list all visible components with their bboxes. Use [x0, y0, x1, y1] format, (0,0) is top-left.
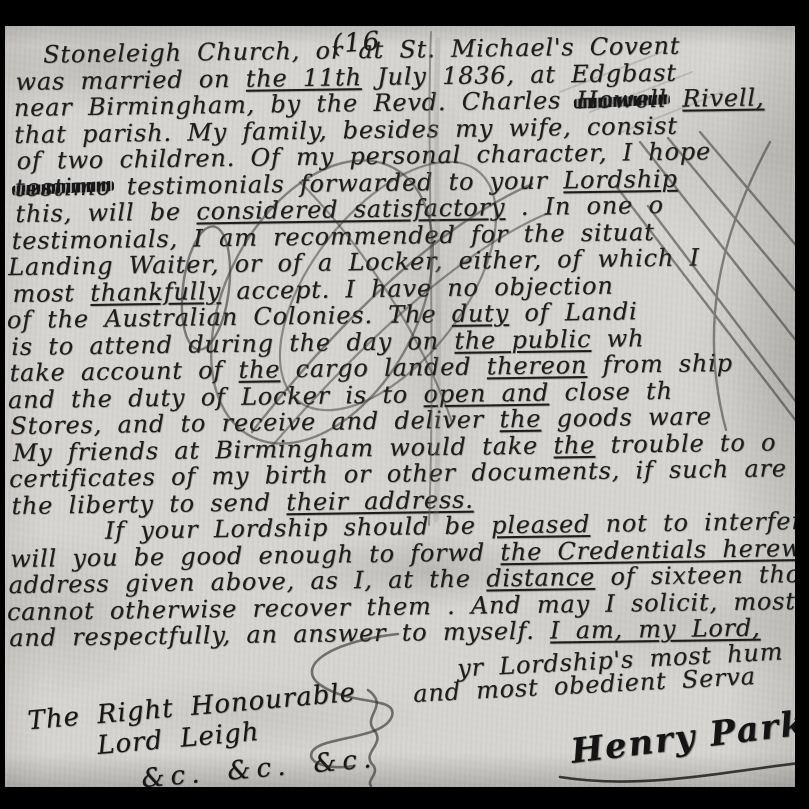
manuscript-text: thankfully [90, 277, 221, 307]
signature-henry-parkes: Henry Parkes. [569, 696, 795, 772]
manuscript-text: goods ware [541, 402, 712, 432]
manuscript-text: the [238, 355, 280, 384]
manuscript-text: Lordship [563, 164, 678, 194]
manuscript-text: most [12, 278, 90, 307]
manuscript-text: open and [423, 378, 549, 408]
manuscript-text: . In one o [505, 191, 664, 221]
manuscript-text: the [499, 405, 541, 434]
struck-out-word: testimo [15, 172, 112, 201]
manuscript-text: Rivell, [682, 84, 764, 113]
letter-page: (16 Stoneleigh Church, or at St. Michael… [5, 26, 795, 787]
struck-out-word: Howell [576, 85, 667, 114]
letter-body: Stoneleigh Church, or at St. Michael's C… [13, 28, 795, 651]
manuscript-text: distance [486, 563, 595, 593]
manuscript-text: close th [549, 376, 673, 406]
manuscript-text: wh [591, 324, 644, 353]
manuscript-text: the public [454, 324, 591, 354]
manuscript-text: pleased [491, 510, 590, 539]
manuscript-text: duty [452, 299, 510, 328]
manuscript-text: the 11th [246, 63, 362, 93]
manuscript-text: of Landi [509, 297, 638, 327]
manuscript-text: from ship [587, 349, 733, 379]
manuscript-text: the [553, 430, 595, 459]
scan-frame: (16 Stoneleigh Church, or at St. Michael… [0, 0, 809, 809]
manuscript-text: thereon [487, 351, 588, 380]
